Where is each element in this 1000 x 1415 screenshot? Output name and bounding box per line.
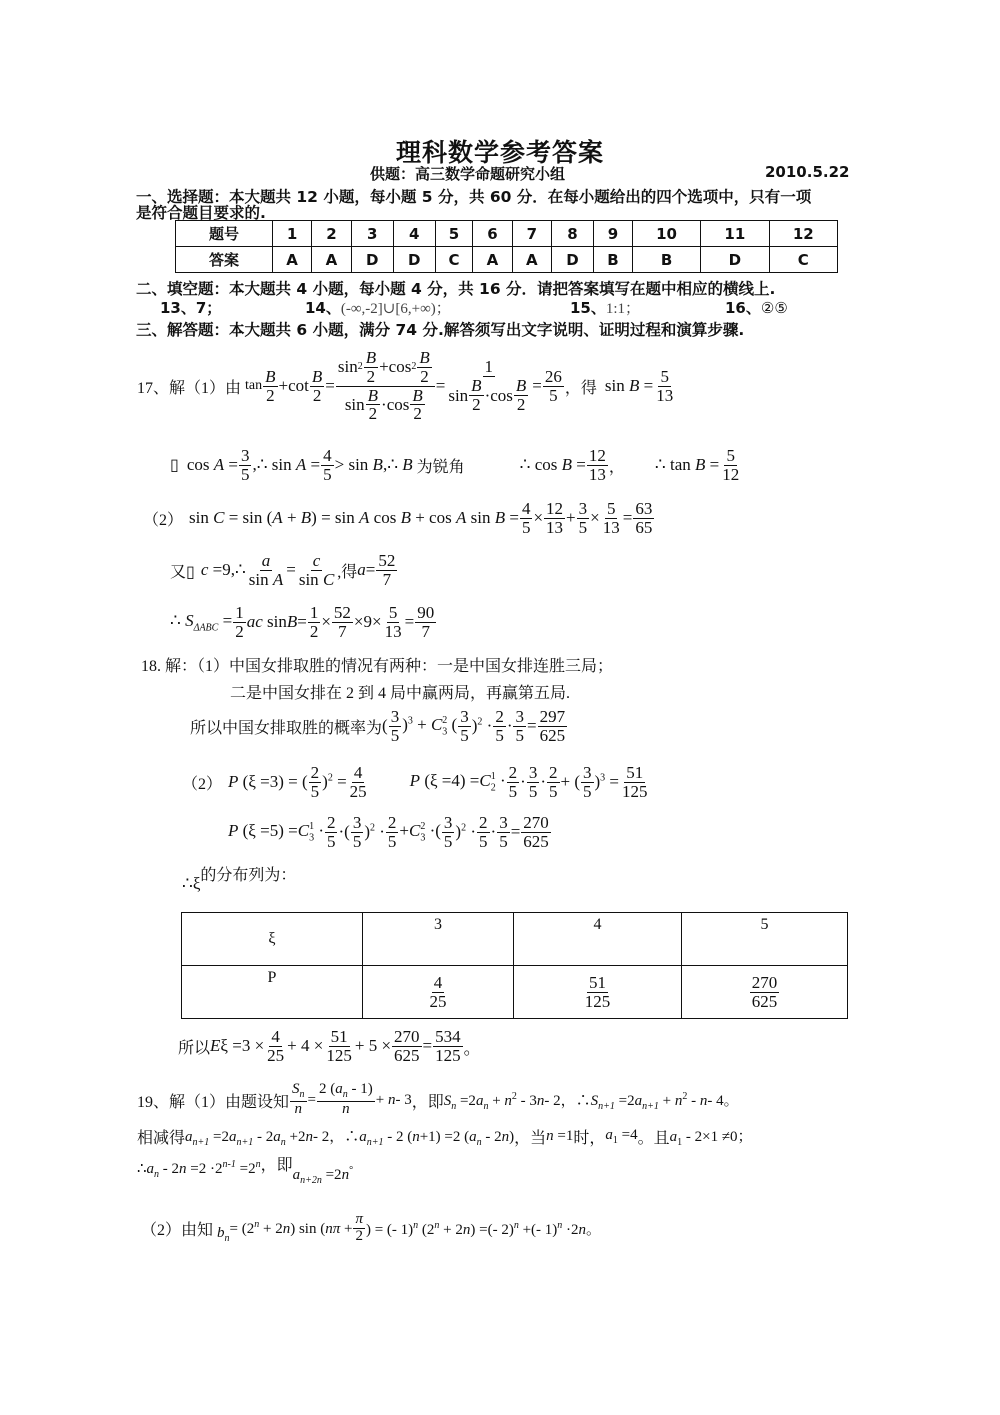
numerator: 270 [750, 974, 780, 993]
q18-line3: 所以中国女排取胜的概率为 (35)3 + C32 (35)2 ·25·35=29… [190, 702, 568, 750]
denominator: 125 [583, 993, 613, 1011]
answer-cell: A [473, 247, 512, 273]
section3-heading: 三、解答题：本大题共 6 小题，满分 74 分.解答须写出文字说明、证明过程和演… [136, 318, 744, 340]
q18-part2-line1: （2） P (ξ =3) = (25)2 =425 P (ξ =4) =C21 … [182, 758, 651, 806]
header-cell: 4 [514, 913, 682, 966]
answer-label: 15、 [570, 299, 606, 317]
q19-line3: ∴an - 2n =2 ·2n-1 =2n ，即 an+2n =2n° [137, 1158, 353, 1181]
denominator: 625 [750, 993, 780, 1011]
answer-value: (-∞,-2]∪[6,+∞)； [341, 301, 451, 317]
q17-area: ∴ SΔABC =12 ac sin B =12×527×9×513=907 [170, 600, 437, 644]
part-label: （2） [143, 507, 183, 530]
table-row: 答案 A A D D C A A D B B D C [176, 247, 838, 273]
q19-part2: （2）由知 bn = (2n + 2n) sin (nπ +π2) = (- 1… [141, 1206, 601, 1250]
text: ，得 [565, 375, 597, 398]
q18-line1: 18. 解：（1）中国女排取胜的情况有两种：一是中国女排连胜三局； [141, 653, 613, 676]
prob-cell: 425 [363, 966, 514, 1019]
text: 所以中国女排取胜的概率为 [190, 715, 382, 738]
answer-cell: D [552, 247, 594, 273]
answer-cell: A [312, 247, 351, 273]
text: 。且 [638, 1125, 670, 1148]
part-label: （2）由知 [141, 1217, 213, 1240]
header-cell: 3 [363, 913, 514, 966]
answer-cell: C [769, 247, 837, 273]
question-number: 2 [312, 221, 351, 247]
question-number: 7 [512, 221, 551, 247]
missing-glyph: ▯ [170, 455, 179, 475]
q19-label: 19、解（1）由题设知 [137, 1089, 289, 1112]
question-number: 4 [393, 221, 435, 247]
answer-cell: D [701, 247, 769, 273]
fill-answer-13: 13、7； [160, 297, 221, 318]
text: ,得 [337, 559, 357, 582]
q19-line1: 19、解（1）由题设知 Snn=2 (an - 1)n + n- 3 ，即 Sn… [137, 1078, 739, 1122]
distribution-table: ξ 3 4 5 P 425 51125 270625 [181, 912, 848, 1019]
text: ，即 [261, 1152, 293, 1175]
question-number: 5 [435, 221, 473, 247]
numerator: 51 [587, 974, 608, 993]
part-label: （2） [182, 771, 222, 794]
question-number: 9 [594, 221, 633, 247]
question-number: 8 [552, 221, 594, 247]
numerator: 534 [433, 1028, 463, 1047]
question-number: 3 [351, 221, 393, 247]
text: 所以 [178, 1035, 210, 1058]
text: 相减得 [137, 1125, 185, 1148]
table-row: 题号 1 2 3 4 5 6 7 8 9 10 11 12 [176, 221, 838, 247]
table-row: P 425 51125 270625 [182, 966, 848, 1019]
question-number: 12 [769, 221, 837, 247]
question-number: 10 [632, 221, 700, 247]
row-label: 题号 [176, 221, 273, 247]
header-cell: 5 [682, 913, 848, 966]
choice-answer-table: 题号 1 2 3 4 5 6 7 8 9 10 11 12 答案 A A D D… [175, 220, 838, 273]
q18-part2-line2: P (ξ =5) =C31 ·25·(35)2 ·25+C32 ·(35)2 ·… [228, 808, 552, 856]
text: ， [609, 454, 625, 477]
answer-label: 13、 [160, 299, 196, 317]
fill-answer-14: 14、(-∞,-2]∪[6,+∞)； [305, 297, 451, 318]
q18-dist-intro: ∴ξ的分布列为： [182, 862, 296, 885]
table-row: ξ 3 4 5 [182, 913, 848, 966]
answer-cell: D [393, 247, 435, 273]
fill-answer-16: 16、②⑤ [725, 297, 788, 318]
question-number: 11 [701, 221, 769, 247]
answer-label: 14、 [305, 299, 341, 317]
date: 2010.5.22 [765, 163, 849, 181]
provider-line: 供题：高三数学命题研究小组 [370, 163, 565, 184]
answer-value: 7； [196, 299, 221, 317]
text: 为锐角 [417, 454, 465, 477]
text: 的分布列为： [200, 862, 296, 885]
question-number: 1 [272, 221, 311, 247]
prob-cell: 270625 [682, 966, 848, 1019]
prob-cell: 51125 [514, 966, 682, 1019]
answer-cell: B [632, 247, 700, 273]
answer-cell: A [272, 247, 311, 273]
q18-expectation: 所以 Eξ =3 ×425+ 4 ×51125+ 5 ×270625=53412… [178, 1022, 481, 1070]
answer-value: 1:1； [606, 301, 640, 317]
answer-cell: A [512, 247, 551, 273]
denominator: 125 [433, 1047, 463, 1065]
row-label: P [182, 966, 363, 1019]
q17-line2: ▯ cos A =35 ,∴ sin A =45 > sin B,∴ B 为锐角… [170, 443, 742, 487]
answer-label: 16、 [725, 299, 761, 317]
answer-cell: C [435, 247, 473, 273]
q19-line2: 相减得 an+1 =2an+1 - 2an +2n- 2，∴an+1 - 2 (… [137, 1125, 753, 1148]
text: ，即 [412, 1089, 444, 1112]
q18-line2: 二是中国女排在 2 到 4 局中赢两局，再赢第五局. [230, 680, 570, 703]
header-cell: ξ [182, 913, 363, 966]
section2-heading: 二、填空题：本大题共 4 小题，每小题 4 分，共 16 分．请把答案填写在题中… [136, 277, 775, 299]
answer-cell: B [594, 247, 633, 273]
q17-line1: 17、解（1）由 tanB2 +cotB2 = sin2B2+cos2B2 si… [137, 346, 676, 426]
answer-cell: D [351, 247, 393, 273]
text: 又▯ [170, 559, 195, 582]
answer-value: ②⑤ [761, 301, 788, 317]
question-number: 6 [473, 221, 512, 247]
fill-answer-15: 15、1:1； [570, 297, 640, 318]
denominator: 25 [428, 993, 449, 1011]
text: ，当 [514, 1125, 546, 1148]
q17-label: 17、解（1）由 [137, 375, 241, 398]
q17-part2: （2） sin C = sin (A + B) = sin A cos B + … [143, 496, 655, 540]
text: 时， [573, 1125, 605, 1148]
row-label: 答案 [176, 247, 273, 273]
numerator: 4 [432, 974, 445, 993]
q17-part2-line2: 又▯ c =9,∴ asin A=csin C ,得a=527 [170, 548, 398, 592]
